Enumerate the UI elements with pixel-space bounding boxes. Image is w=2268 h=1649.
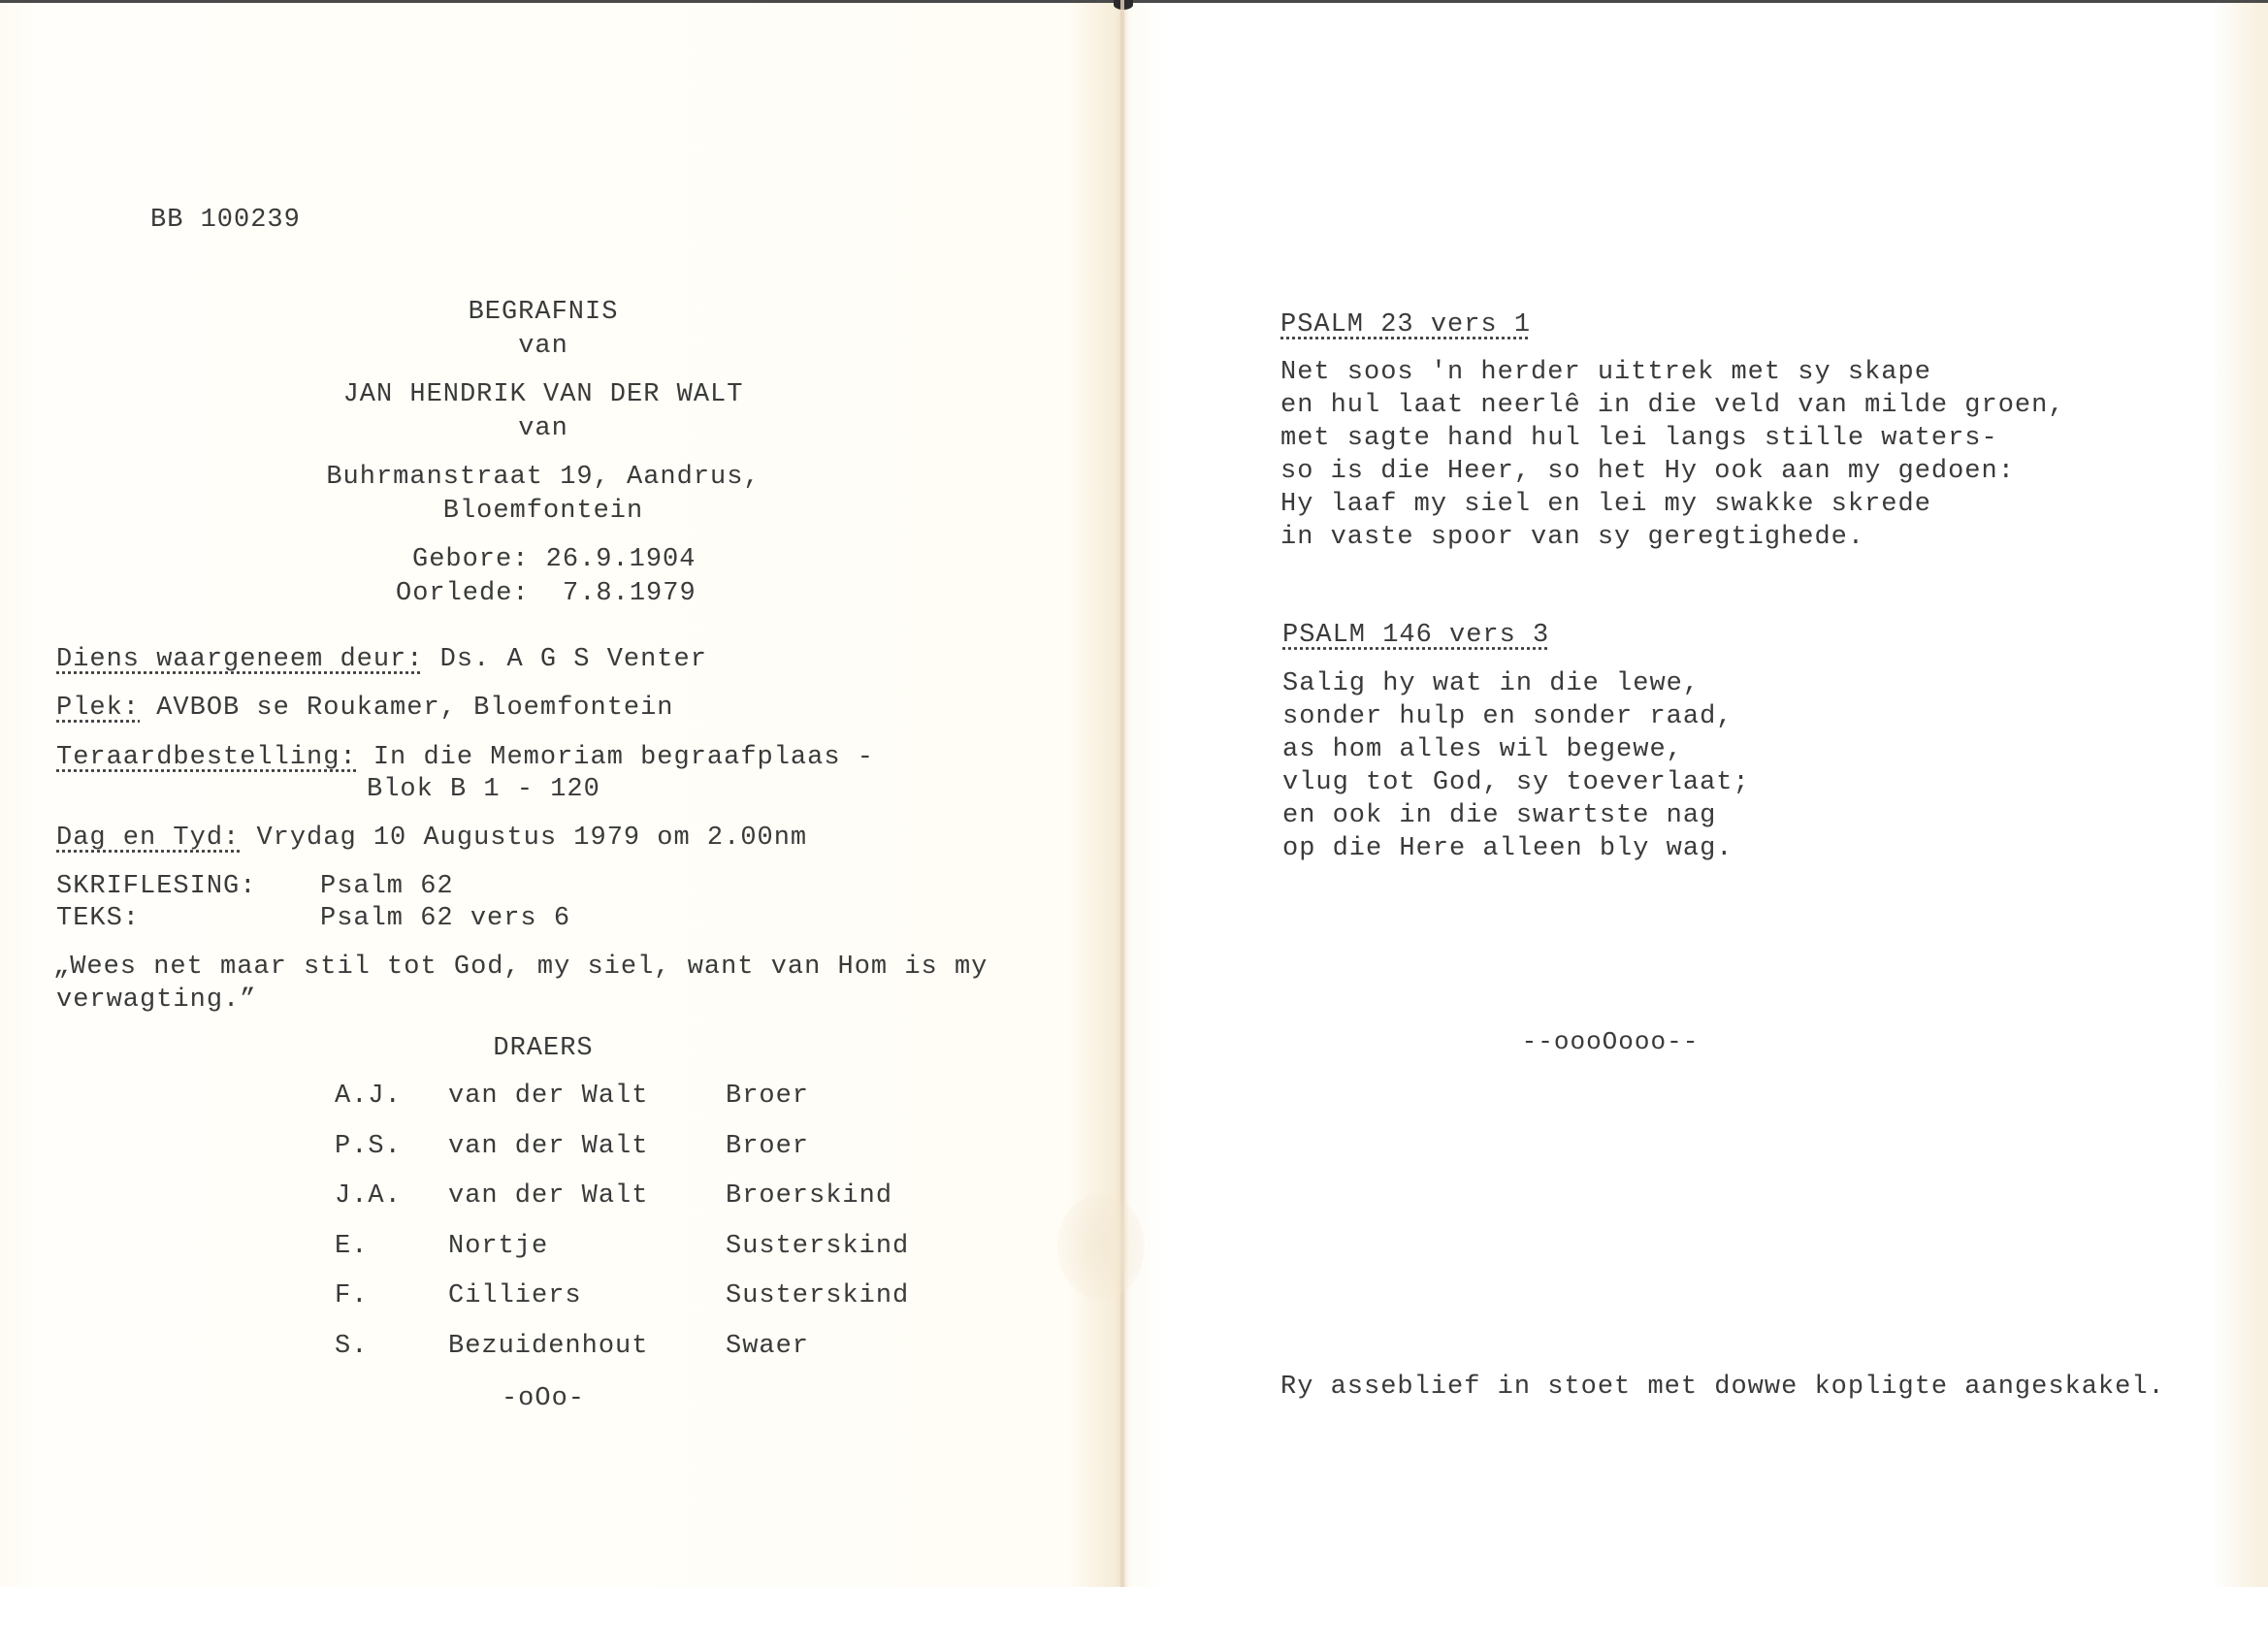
scan-top-edge <box>0 0 2268 3</box>
verse-line: Salig hy wat in die lewe, <box>1282 667 1700 700</box>
bearers-heading: DRAERS <box>437 1032 650 1065</box>
died-label: Oorlede: <box>396 579 530 608</box>
service-officiant: Ds. A G S Venter <box>440 645 707 674</box>
reading-label: SKRIFLESING: <box>56 870 256 903</box>
bearer-relation: Broerskind <box>726 1180 892 1212</box>
datetime-label: Dag en Tyd: <box>56 824 240 853</box>
bearer-relation: Susterskind <box>726 1230 909 1263</box>
text-value: Psalm 62 vers 6 <box>320 902 570 935</box>
deceased-name: JAN HENDRIK VAN DER WALT <box>291 378 795 411</box>
place-row: Plek: AVBOB se Roukamer, Bloemfontein <box>56 692 674 725</box>
died-row: Oorlede: 7.8.1979 <box>396 577 697 610</box>
page-fold <box>1120 0 1124 1587</box>
burial-value: In die Memoriam begraafplaas - <box>373 743 874 772</box>
verse-line: vlug tot God, sy toeverlaat; <box>1282 766 1750 799</box>
address-line-2: Bloemfontein <box>349 495 737 528</box>
burial-line-2: Blok B 1 - 120 <box>367 773 600 806</box>
reading-value: Psalm 62 <box>320 870 454 903</box>
psalm-23-heading: PSALM 23 vers 1 <box>1280 308 1531 341</box>
bearer-surname: van der Walt <box>448 1180 648 1212</box>
verse-line: so is die Heer, so het Hy ook aan my ged… <box>1280 455 2015 488</box>
verse-line: met sagte hand hul lei langs stille wate… <box>1280 422 1998 455</box>
bearer-initials: J.A. <box>335 1180 402 1212</box>
van-1: van <box>349 330 737 363</box>
born-row: Gebore: 26.9.1904 <box>412 543 696 576</box>
born-date: 26.9.1904 <box>546 545 697 574</box>
verse-line: in vaste spoor van sy geregtighede. <box>1280 521 1864 554</box>
burial-label: Teraardbestelling: <box>56 743 357 772</box>
bearer-initials: S. <box>335 1330 368 1363</box>
born-label: Gebore: <box>412 545 529 574</box>
address-line-1: Buhrmanstraat 19, Aandrus, <box>291 461 795 494</box>
psalm-146-heading: PSALM 146 vers 3 <box>1282 619 1549 652</box>
left-end-mark: -oOo- <box>475 1382 611 1415</box>
verse-line: as hom alles wil begewe, <box>1282 733 1683 766</box>
quote-line-2: verwagting.” <box>56 984 256 1017</box>
procession-note: Ry asseblief in stoet met dowwe kopligte… <box>1280 1371 2165 1404</box>
text-label: TEKS: <box>56 902 140 935</box>
bearer-surname: van der Walt <box>448 1080 648 1113</box>
verse-line: op die Here alleen bly wag. <box>1282 832 1733 865</box>
service-label: Diens waargeneem deur: <box>56 645 423 674</box>
bearer-relation: Broer <box>726 1130 809 1163</box>
service-row: Diens waargeneem deur: Ds. A G S Venter <box>56 643 707 676</box>
died-date: 7.8.1979 <box>563 579 697 608</box>
bearer-surname: Bezuidenhout <box>448 1330 648 1363</box>
bearer-surname: Nortje <box>448 1230 548 1263</box>
bearer-surname: Cilliers <box>448 1279 582 1312</box>
bearer-initials: P.S. <box>335 1130 402 1163</box>
bearer-relation: Susterskind <box>726 1279 909 1312</box>
title: BEGRAFNIS <box>349 296 737 329</box>
verse-line: Net soos 'n herder uittrek met sy skape <box>1280 356 1931 389</box>
place-value: AVBOB se Roukamer, Bloemfontein <box>156 694 673 723</box>
bearer-surname: van der Walt <box>448 1130 648 1163</box>
verse-line: en hul laat neerlê in die veld van milde… <box>1280 389 2065 422</box>
bearer-initials: F. <box>335 1279 368 1312</box>
verse-line: en ook in die swartste nag <box>1282 799 1716 832</box>
right-end-mark: --oooOooo-- <box>1494 1025 1727 1058</box>
verse-line: Hy laaf my siel en lei my swakke skrede <box>1280 488 1931 521</box>
bearer-relation: Swaer <box>726 1330 809 1363</box>
place-label: Plek: <box>56 694 140 723</box>
paper-stain <box>1057 1193 1145 1300</box>
reference-number: BB 100239 <box>150 204 301 237</box>
datetime-value: Vrydag 10 Augustus 1979 om 2.00nm <box>256 824 807 853</box>
bearer-initials: A.J. <box>335 1080 402 1113</box>
bearer-initials: E. <box>335 1230 368 1263</box>
van-2: van <box>349 412 737 445</box>
burial-row: Teraardbestelling: In die Memoriam begra… <box>56 741 874 774</box>
bearer-relation: Broer <box>726 1080 809 1113</box>
verse-line: sonder hulp en sonder raad, <box>1282 700 1733 733</box>
datetime-row: Dag en Tyd: Vrydag 10 Augustus 1979 om 2… <box>56 822 807 855</box>
quote-line-1: „Wees net maar stil tot God, my siel, wa… <box>53 951 988 984</box>
